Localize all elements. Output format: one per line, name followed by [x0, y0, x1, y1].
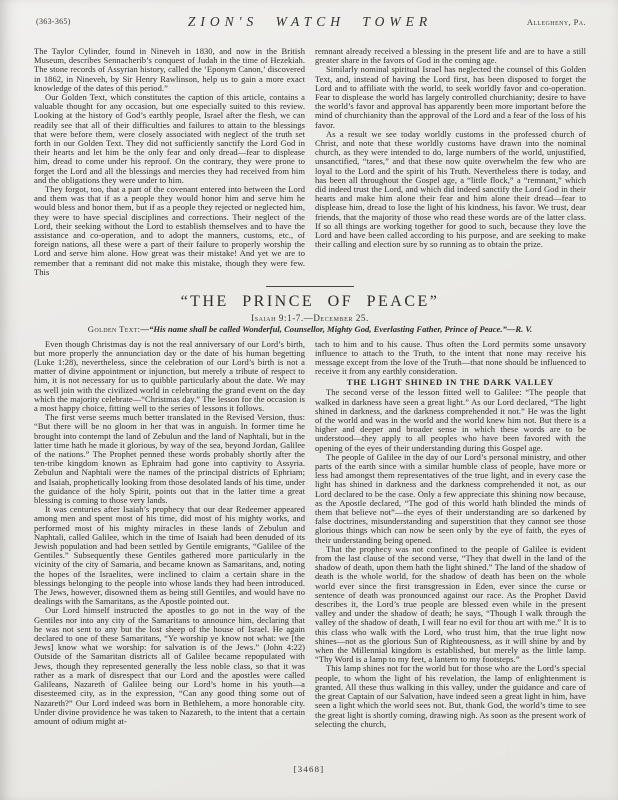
article-title: “THE PRINCE OF PEACE” [34, 293, 586, 311]
page-footer: [3468] [0, 764, 618, 774]
article-scripture-date: Isaiah 9:1-7.—December 25. [34, 313, 586, 323]
publication-place: Allegheny, Pa. [527, 17, 586, 27]
article1-left-column: The Taylor Cylinder, found in Nineveh in… [34, 47, 305, 277]
paragraph: Our Lord himself instructed the apostles… [34, 606, 305, 726]
article2-left-column: Even though Christmas day is not the rea… [34, 340, 305, 729]
paragraph: This lamp shines not for the world but f… [315, 664, 586, 728]
golden-text-quote: —“His name shall be called Wonderful, Co… [140, 324, 532, 334]
section-heading: THE LIGHT SHINED IN THE DARK VALLEY [315, 377, 586, 387]
masthead: (363-365) ZION'S WATCH TOWER Allegheny, … [34, 14, 586, 30]
article1-continuation: The Taylor Cylinder, found in Nineveh in… [34, 47, 586, 277]
paragraph: That the prophecy was not confined to th… [315, 545, 586, 665]
paragraph: tach to him and to his cause. Thus often… [315, 340, 586, 377]
paragraph: The people of Galilee in the day of our … [315, 453, 586, 545]
paragraph: Similarly nominal spiritual Israel has n… [315, 65, 586, 129]
journal-title: ZION'S WATCH TOWER [34, 14, 586, 30]
paragraph: remnant already received a blessing in t… [315, 47, 586, 65]
article-divider-rule [266, 286, 354, 287]
paragraph: It was centuries after Isaiah’s prophecy… [34, 505, 305, 606]
paragraph: Even though Christmas day is not the rea… [34, 340, 305, 414]
golden-text-label: Golden Text: [88, 324, 141, 334]
paragraph: The Taylor Cylinder, found in Nineveh in… [34, 47, 305, 93]
article2-header: “THE PRINCE OF PEACE” Isaiah 9:1-7.—Dece… [34, 293, 586, 335]
paragraph: As a result we see today worldly customs… [315, 130, 586, 250]
paragraph: The second verse of the lesson fitted we… [315, 388, 586, 452]
golden-text-line: Golden Text:—“His name shall be called W… [34, 325, 586, 335]
article1-right-column: remnant already received a blessing in t… [315, 47, 586, 277]
article2-right-column: tach to him and to his cause. Thus often… [315, 340, 586, 729]
reprint-page-number: [3468] [294, 764, 325, 774]
page-reference: (363-365) [36, 17, 71, 26]
magazine-page: (363-365) ZION'S WATCH TOWER Allegheny, … [0, 0, 618, 800]
article2-body: Even though Christmas day is not the rea… [34, 340, 586, 729]
paragraph: The first verse seems much better transl… [34, 413, 305, 505]
paragraph: Our Golden Text, which constitutes the c… [34, 93, 305, 185]
paragraph: They forgot, too, that a part of the cov… [34, 185, 305, 277]
